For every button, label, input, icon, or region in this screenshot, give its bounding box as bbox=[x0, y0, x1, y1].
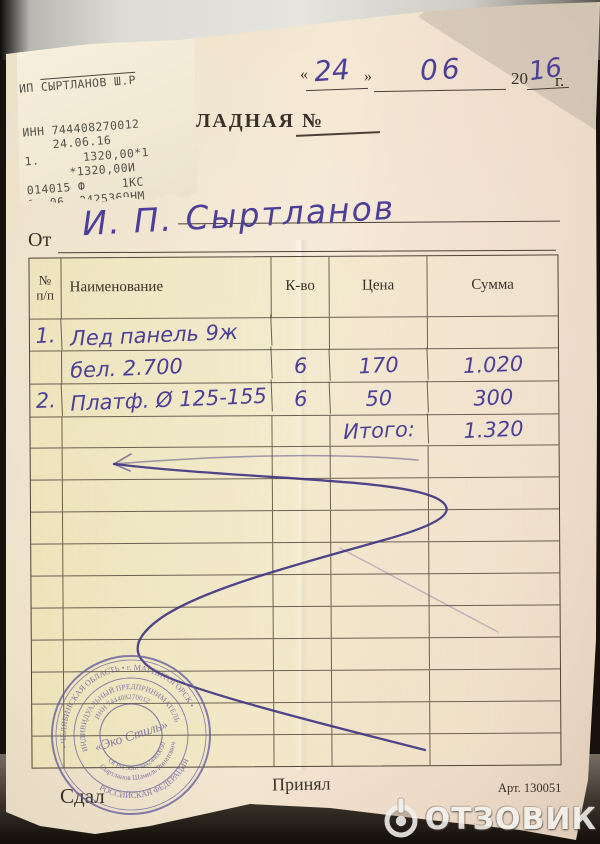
photo-of-invoice: НАКЛАДНАЯ № « 24 » 06 20 16 г. От И. П. … bbox=[0, 0, 600, 844]
receipt-header-line: ИП СЫРТЛАНОВ Ш.Р bbox=[19, 69, 190, 96]
invoice-sheet: НАКЛАДНАЯ № « 24 » 06 20 16 г. От И. П. … bbox=[0, 0, 600, 844]
otzovik-watermark: ОТЗОВИК bbox=[379, 797, 597, 841]
cash-receipt: ИП СЫРТЛАНОВ Ш.Р ИНН 744408270012 24.06.… bbox=[16, 28, 198, 206]
otzovik-brand-text: ОТЗОВИК bbox=[425, 802, 597, 837]
otzovik-logo-icon bbox=[379, 797, 423, 841]
company-stamp: • ЧЕЛЯБИНСКАЯ ОБЛАСТЬ • г. МАГНИТОГОРСК … bbox=[46, 650, 218, 826]
receipt-org-name: СЫРТЛАНОВ Ш.Р bbox=[40, 72, 136, 94]
receipt-org-prefix: ИП bbox=[19, 80, 42, 96]
